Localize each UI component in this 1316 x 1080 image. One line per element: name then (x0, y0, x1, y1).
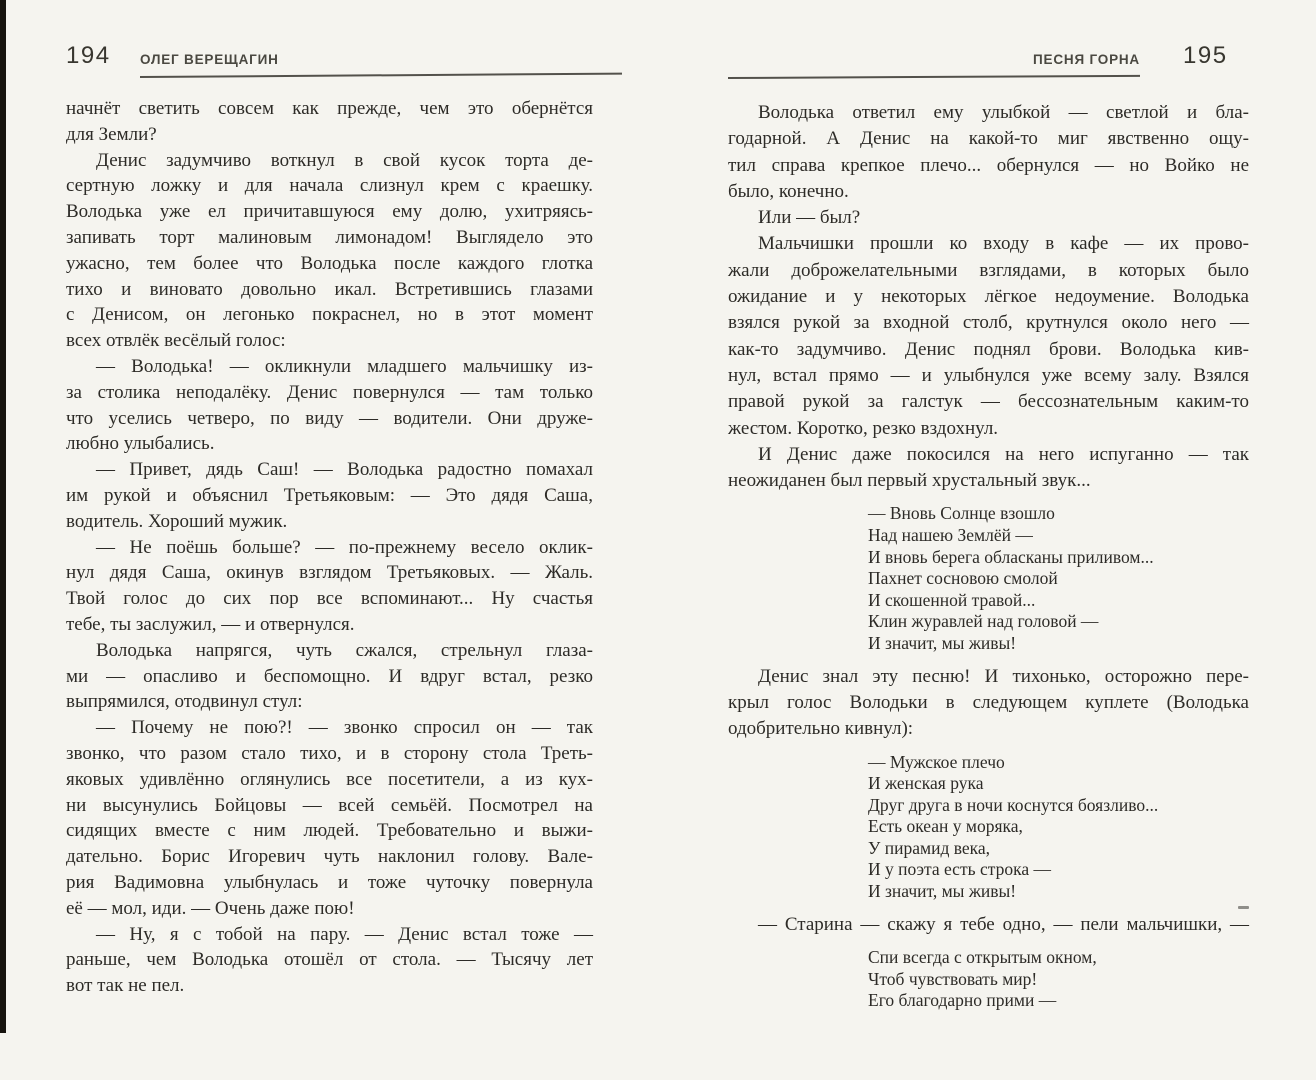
verse-line: Клин журавлей над головой — (868, 611, 1249, 633)
verse-block: — Вновь Солнце взошлоНад нашею Землёй —И… (868, 503, 1249, 654)
text-line: для Земли? (66, 122, 593, 148)
text-line: водитель. Хороший мужик. (66, 509, 593, 535)
text-line: Денис задумчиво воткнул в свой кусок тор… (66, 148, 593, 174)
text-line: Володька ответил ему улыбкой — светлой и… (728, 100, 1249, 126)
text-line: тебе, ты заслужил, — и отвернулся. (66, 612, 593, 638)
text-line: взялся рукой за входной столб, крутнулся… (728, 310, 1249, 336)
text-line: рия Вадимовна улыбнулась и тоже чуточку … (66, 870, 593, 896)
verse-line: И значит, мы живы! (868, 881, 1249, 903)
verse-block: Спи всегда с открытым окном,Чтоб чувство… (868, 947, 1249, 1012)
text-line: ужасно, тем более что Володька после каж… (66, 251, 593, 277)
verse-line: И скошенной травой... (868, 590, 1249, 612)
text-line: Денис знал эту песню! И тихонько, осторо… (728, 664, 1249, 690)
verse-line: — Вновь Солнце взошло (868, 503, 1249, 525)
text-line: правой рукой за галстук — бессознательны… (728, 389, 1249, 415)
text-line: неожиданен был первый хрустальный звук..… (728, 468, 1249, 494)
text-line: — Старина — скажу я тебе одно, — пели ма… (728, 912, 1249, 938)
paragraph: — Почему не пою?! — звонко спросил он — … (66, 715, 593, 921)
text-line: запивать торт малиновым лимонадом! Выгля… (66, 225, 593, 251)
text-line: за столика неподалёку. Денис повернулся … (66, 380, 593, 406)
page-number-left: 194 (66, 42, 111, 70)
body-text-right: Володька ответил ему улыбкой — светлой и… (728, 100, 1249, 1012)
text-line: было, конечно. (728, 179, 1249, 205)
text-line: звонко, что разом стало тихо, и в сторон… (66, 741, 593, 767)
verse-line: — Мужское плечо (868, 752, 1249, 774)
text-line: Володька напрягся, чуть сжался, стрельну… (66, 638, 593, 664)
paragraph: начнёт светить совсем как прежде, чем эт… (66, 96, 593, 148)
paragraph: — Старина — скажу я тебе одно, — пели ма… (728, 912, 1249, 938)
text-line: Или — был? (728, 205, 1249, 231)
verse-line: И у поэта есть строка — (868, 859, 1249, 881)
verse-line: И вновь берега обласканы приливом... (868, 547, 1249, 569)
text-line: И Денис даже покосился на него испуганно… (728, 442, 1249, 468)
text-line: ожидание и у некоторых лёгкое недоумение… (728, 284, 1249, 310)
verse-line: И значит, мы живы! (868, 633, 1249, 655)
paragraph: Володька напрягся, чуть сжался, стрельну… (66, 638, 593, 715)
verse-line: И женская рука (868, 773, 1249, 795)
text-line: — Ну, я с тобой на пару. — Денис встал т… (66, 922, 593, 948)
text-line: — Володька! — окликнули младшего мальчиш… (66, 354, 593, 380)
verse-line: Над нашею Землёй — (868, 525, 1249, 547)
text-line: её — мол, иди. — Очень даже пою! (66, 896, 593, 922)
paragraph: — Привет, дядь Саш! — Володька радостно … (66, 457, 593, 534)
paragraph: Денис задумчиво воткнул в свой кусок тор… (66, 148, 593, 354)
verse-line: Спи всегда с открытым окном, (868, 947, 1249, 969)
header-rule-left (140, 73, 622, 78)
text-line: ни высунулись Бойцовы — всей семьёй. Пос… (66, 793, 593, 819)
text-line: Мальчишки прошли ко входу в кафе — их пр… (728, 231, 1249, 257)
text-line: жали доброжелательными взглядами, в кото… (728, 258, 1249, 284)
left-page-header: 194 ОЛЕГ ВЕРЕЩАГИН (66, 42, 593, 82)
verse-line: Есть океан у моряка, (868, 816, 1249, 838)
text-line: сидящих вместе с ним людей. Требовательн… (66, 818, 593, 844)
text-line: раньше, чем Володька отошёл от стола. — … (66, 947, 593, 973)
book-spine-shadow (0, 0, 6, 1033)
text-line: нул дядя Саша, окинув взглядом Третьяков… (66, 560, 593, 586)
text-line: с Денисом, он легонько покраснел, но в э… (66, 302, 593, 328)
text-line: жестом. Коротко, резко вздохнул. (728, 416, 1249, 442)
header-rule-right (728, 75, 1140, 79)
running-head-author: ОЛЕГ ВЕРЕЩАГИН (140, 52, 279, 67)
text-line: Володька уже ел причитавшуюся ему долю, … (66, 199, 593, 225)
text-line: сертную ложку и для начала слизнул крем … (66, 173, 593, 199)
text-line: им рукой и объяснил Третьяковым: — Это д… (66, 483, 593, 509)
text-line: всех отвлёк весёлый голос: (66, 328, 593, 354)
text-line: крыл голос Володьки в следующем куплете … (728, 690, 1249, 716)
verse-line: Друг друга в ночи коснутся боязливо... (868, 795, 1249, 817)
paragraph: Володька ответил ему улыбкой — светлой и… (728, 100, 1249, 205)
text-line: тил справа крепкое плечо... обернулся — … (728, 153, 1249, 179)
text-line: — Почему не пою?! — звонко спросил он — … (66, 715, 593, 741)
text-line: начнёт светить совсем как прежде, чем эт… (66, 96, 593, 122)
left-page: 194 ОЛЕГ ВЕРЕЩАГИН начнёт светить совсем… (66, 42, 593, 999)
verse-block: — Мужское плечоИ женская рукаДруг друга … (868, 752, 1249, 903)
paragraph: — Володька! — окликнули младшего мальчиш… (66, 354, 593, 457)
text-line: выпрямился, отодвинул стул: (66, 689, 593, 715)
verse-line: Пахнет сосновою смолой (868, 568, 1249, 590)
right-page: ПЕСНЯ ГОРНА 195 Володька ответил ему улы… (728, 42, 1249, 1021)
text-line: нул, встал прямо — и улыбнулся уже всему… (728, 363, 1249, 389)
text-line: что уселись четверо, по виду — водители.… (66, 406, 593, 432)
text-line: любно улыбались. (66, 431, 593, 457)
running-head-title: ПЕСНЯ ГОРНА (728, 52, 1140, 67)
paragraph: Денис знал эту песню! И тихонько, осторо… (728, 664, 1249, 743)
paragraph: И Денис даже покосился на него испуганно… (728, 442, 1249, 495)
paragraph: Или — был? (728, 205, 1249, 231)
page-number-right: 195 (1183, 42, 1228, 70)
text-line: яковых удивлённо оглянулись все посетите… (66, 767, 593, 793)
text-line: вот так не пел. (66, 973, 593, 999)
text-line: — Не поёшь больше? — по-прежнему весело … (66, 535, 593, 561)
paragraph: Мальчишки прошли ко входу в кафе — их пр… (728, 231, 1249, 441)
text-line: Твой голос до сих пор все вспоминают... … (66, 586, 593, 612)
text-line: дательно. Борис Игоревич чуть наклонил г… (66, 844, 593, 870)
text-line: ми — опасливо и беспомощно. И вдруг вста… (66, 664, 593, 690)
scan-artifact-mark (1238, 906, 1249, 909)
body-text-left: начнёт светить совсем как прежде, чем эт… (66, 96, 593, 999)
text-line: одобрительно кивнул): (728, 716, 1249, 742)
verse-line: У пирамид века, (868, 838, 1249, 860)
right-page-header: ПЕСНЯ ГОРНА 195 (728, 42, 1249, 82)
text-line: тихо и виновато довольно икал. Встретивш… (66, 277, 593, 303)
paragraph: — Не поёшь больше? — по-прежнему весело … (66, 535, 593, 638)
verse-line: Чтоб чувствовать мир! (868, 969, 1249, 991)
text-line: как-то задумчиво. Денис поднял брови. Во… (728, 337, 1249, 363)
verse-line: Его благодарно прими — (868, 990, 1249, 1012)
paragraph: — Ну, я с тобой на пару. — Денис встал т… (66, 922, 593, 999)
text-line: годарной. А Денис на какой-то миг явстве… (728, 126, 1249, 152)
text-line: — Привет, дядь Саш! — Володька радостно … (66, 457, 593, 483)
